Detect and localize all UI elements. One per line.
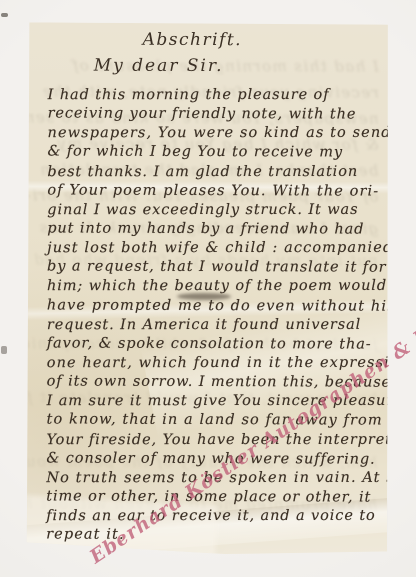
letter-line: Your fireside, You have been the interpr… [46,430,385,449]
letter-content: Abschrift. My dear Sir. I had this morni… [26,22,389,554]
letter-line: repeat it. [46,526,385,546]
letter-line: newspapers, You were so kind as to send, [48,124,387,143]
letter-line: just lost both wife & child : accompanie… [47,239,386,258]
photo-edge-artifact [1,13,8,17]
letter-body: I had this morning the pleasure of recei… [46,85,387,546]
letter-line: I am sure it must give You sincere pleas… [47,392,386,411]
letter-photograph: I had this morning the pleasure of recei… [0,0,416,577]
letter-line: best thanks. I am glad the translation [47,162,386,181]
letter-line: time or other, in some place or other, i… [46,487,385,507]
letter-line: request. In America it found universal [47,316,386,335]
letter-line: No truth seems to be spoken in vain. At … [46,469,385,488]
letter-line: one heart, which found in it the express… [47,354,386,373]
letter-line: & for which I beg You to receive my [47,143,386,163]
letter-heading: Abschrift. [26,29,373,50]
letter-line: put into my hands by a friend who had [47,219,386,239]
letter-salutation: My dear Sir. [94,56,224,76]
letter-line: favor, & spoke consolation to more tha- [47,334,386,354]
ink-smudge [177,293,231,300]
letter-line: to know, that in a land so far away from [47,411,386,431]
letter-line: receiving your friendly note, with the [48,105,387,125]
letter-line: finds an ear to receive it, and a voice … [46,507,385,526]
letter-line: I had this morning the pleasure of [48,86,387,105]
letter-line: ginal I was exceedingly struck. It was [47,201,386,220]
letter-line: & consoler of many who were suffering. [46,449,385,469]
letter-line: of Your poem pleases You. With the ori- [47,181,386,201]
photo-edge-artifact [1,346,7,354]
letter-line: by a request, that I would translate it … [47,258,386,278]
letter-paper: I had this morning the pleasure of recei… [26,22,389,554]
letter-line: of its own sorrow. I mention this, becau… [47,373,386,393]
